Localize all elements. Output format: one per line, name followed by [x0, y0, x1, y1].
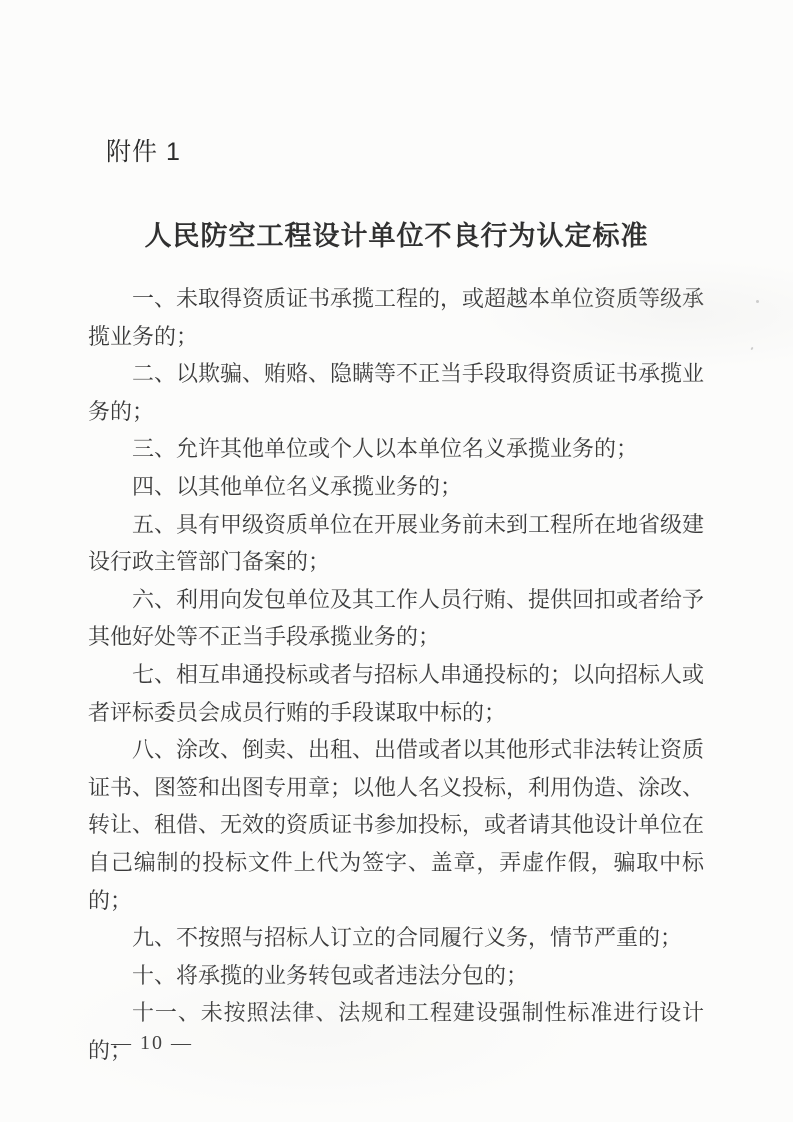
- scan-speck: [750, 347, 753, 351]
- attachment-label: 附件 1: [106, 132, 181, 168]
- list-item: 六、利用向发包单位及其工作人员行贿、提供回扣或者给予其他好处等不正当手段承揽业务…: [88, 581, 704, 656]
- list-item: 三、允许其他单位或个人以本单位名义承揽业务的；: [88, 430, 704, 468]
- list-item: 九、不按照与招标人订立的合同履行义务，情节严重的；: [88, 919, 704, 957]
- page-number: — 10 —: [111, 1032, 193, 1054]
- list-item: 一、未取得资质证书承揽工程的，或超越本单位资质等级承揽业务的；: [88, 280, 704, 355]
- document-body: 一、未取得资质证书承揽工程的，或超越本单位资质等级承揽业务的；二、以欺骗、贿赂、…: [88, 280, 704, 1069]
- list-item: 二、以欺骗、贿赂、隐瞒等不正当手段取得资质证书承揽业务的；: [88, 355, 704, 430]
- page-title: 人民防空工程设计单位不良行为认定标准: [0, 219, 793, 254]
- page-footer: — 10 —: [111, 1032, 193, 1055]
- list-item: 七、相互串通投标或者与招标人串通投标的；以向招标人或者评标委员会成员行贿的手段谋…: [88, 656, 704, 731]
- scan-speck: [756, 300, 759, 303]
- list-item: 四、以其他单位名义承揽业务的；: [88, 468, 704, 506]
- document-page: 附件 1 人民防空工程设计单位不良行为认定标准 一、未取得资质证书承揽工程的，或…: [0, 0, 793, 1122]
- list-item: 十、将承揽的业务转包或者违法分包的；: [88, 957, 704, 995]
- list-item: 八、涂改、倒卖、出租、出借或者以其他形式非法转让资质证书、图签和出图专用章；以他…: [88, 731, 704, 919]
- list-item: 五、具有甲级资质单位在开展业务前未到工程所在地省级建设行政主管部门备案的；: [88, 506, 704, 581]
